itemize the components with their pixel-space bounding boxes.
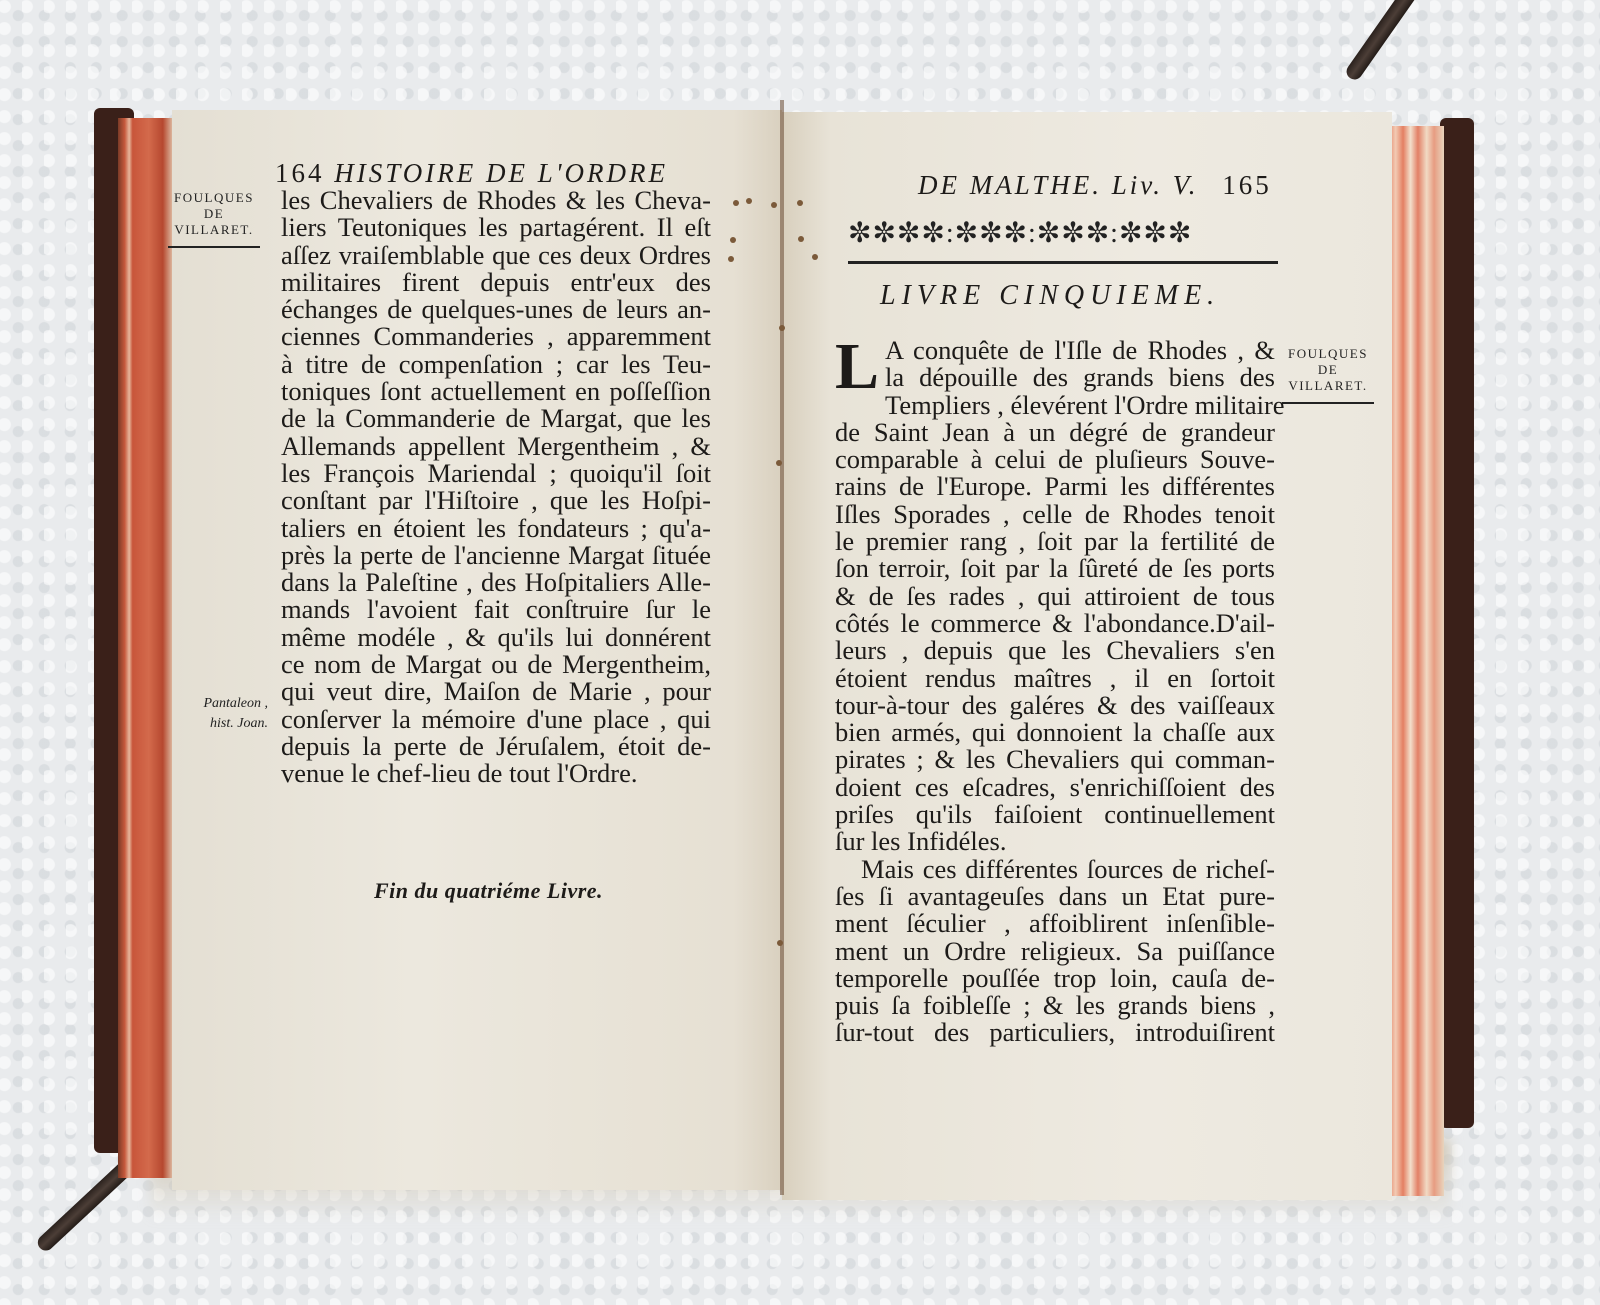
margin-rule [1282, 402, 1374, 404]
text-line: Templiers , élevérent l'Ordre militaire [835, 392, 1275, 419]
ornament-glyphs: ✼✼✼✼:✼✼✼:✼✼✼:✼✼✼ [848, 218, 1192, 249]
text-line: le premier rang , ſoit par la fertilité … [835, 528, 1275, 555]
left-page-number: 164 [275, 158, 325, 188]
right-margin-note: FOULQUES DE VILLARET. [1282, 346, 1374, 404]
page-holder-rod-top-right [1343, 0, 1477, 83]
text-line: dans la Paleſtine , des Hoſpitaliers All… [281, 569, 711, 596]
margin-note-line: DE [168, 206, 260, 222]
text-line: & de ſes rades , qui attiroient de tous [835, 583, 1275, 610]
text-line: Mais ces différentes ſources de richeſ- [835, 856, 1275, 883]
margin-note-line: DE [1282, 362, 1374, 378]
red-page-edges-left [118, 118, 174, 1178]
text-line: liers Teutoniques les partagérent. Il eſ… [281, 214, 711, 241]
citation-line: Pantaleon , [178, 694, 268, 714]
text-line: la dépouille des grands biens des [835, 364, 1275, 391]
text-line: doient ces eſcadres, s'enrichiſſoient de… [835, 774, 1275, 801]
margin-rule [168, 246, 260, 248]
margin-note-line: VILLARET. [1282, 378, 1374, 394]
margin-note-line: VILLARET. [168, 222, 260, 238]
left-page-body: les Chevaliers de Rhodes & les Cheva- li… [281, 187, 711, 788]
ornament-rule [848, 261, 1278, 264]
text-line: puis ſa foibleſſe ; & les grands biens , [835, 992, 1275, 1019]
text-line: de Saint Jean à un dégré de grandeur [835, 419, 1275, 446]
margin-note-line: FOULQUES [168, 190, 260, 206]
text-line: depuis la perte de Jéruſalem, étoit de- [281, 733, 711, 760]
text-line: ſon terroir, ſoit par la ſûreté de ſes p… [835, 555, 1275, 582]
text-line: ciennes Commanderies , apparemment [281, 323, 711, 350]
left-running-title: HISTOIRE DE L'ORDRE [334, 158, 668, 188]
decorative-headpiece: ✼✼✼✼:✼✼✼:✼✼✼:✼✼✼ [848, 216, 1278, 270]
text-line: les François Mariendal ; quoiqu'il ſoit [281, 460, 711, 487]
right-page-number: 165 [1222, 170, 1272, 200]
text-line: priſes qu'ils faiſoient continuellement [835, 801, 1275, 828]
text-line: ce nom de Margat ou de Mergentheim, [281, 651, 711, 678]
right-running-title: DE MALTHE. Liv. V. [918, 170, 1198, 200]
drop-cap: L [835, 339, 879, 395]
margin-note-line: FOULQUES [1282, 346, 1374, 362]
book-cover-right [1440, 118, 1474, 1128]
text-line: pirates ; & les Chevaliers qui comman- [835, 746, 1275, 773]
text-line: à titre de compenſation ; car les Teu- [281, 351, 711, 378]
chapter-title: LIVRE CINQUIEME. [880, 280, 1220, 312]
text-line: militaires firent depuis entr'eux des [281, 269, 711, 296]
right-running-head: DE MALTHE. Liv. V. 165 [918, 170, 1272, 201]
text-line: ment ſéculier , affoiblirent inſenſible- [835, 910, 1275, 937]
text-line: temporelle pouſſée trop loin, cauſa de- [835, 965, 1275, 992]
text-line: tour-à-tour des galéres & des vaiſſeaux [835, 692, 1275, 719]
text-line: qui veut dire, Maiſon de Marie , pour [281, 678, 711, 705]
book-gutter [780, 100, 784, 1195]
text-line: venue le chef-lieu de tout l'Ordre. [281, 760, 711, 787]
text-line: les Chevaliers de Rhodes & les Cheva- [281, 187, 711, 214]
text-line: de la Commanderie de Margat, que les [281, 405, 711, 432]
text-line: leurs , depuis que les Chevaliers s'en [835, 637, 1275, 664]
text-line: toniques ſont actuellement en poſſeſſion [281, 378, 711, 405]
text-line: comparable à celui de pluſieurs Souve- [835, 446, 1275, 473]
end-of-book-note: Fin du quatriéme Livre. [374, 878, 603, 904]
text-line: conſerver la mémoire d'une place , qui [281, 706, 711, 733]
text-line: taliers en étoient les fondateurs ; qu'a… [281, 515, 711, 542]
text-line: Allemands appellent Mergentheim , & [281, 433, 711, 460]
left-margin-note: FOULQUES DE VILLARET. [168, 190, 260, 248]
text-line: ment un Ordre religieux. Sa puiſſance [835, 938, 1275, 965]
text-line: aſſez vraiſemblable que ces deux Ordres [281, 242, 711, 269]
text-line: ſur les Infidéles. [835, 828, 1275, 855]
left-margin-citation: Pantaleon , hist. Joan. [178, 694, 268, 734]
text-line: mands l'avoient fait conſtruire ſur le [281, 596, 711, 623]
citation-line: hist. Joan. [178, 714, 268, 734]
text-line: échanges de quelques-unes de leurs an- [281, 296, 711, 323]
text-line: conſtant par l'Hiſtoire , que les Hoſpi- [281, 487, 711, 514]
text-line: bien armés, qui donnoient la chaſſe aux [835, 719, 1275, 746]
text-line: ſes ſi avantageuſes dans un Etat pure- [835, 883, 1275, 910]
text-line: ſur-tout des particuliers, introduiſiren… [835, 1019, 1275, 1046]
text-line: rains de l'Europe. Parmi les différentes [835, 473, 1275, 500]
text-line: A conquête de l'Iſle de Rhodes , & [835, 337, 1275, 364]
text-line: côtés le commerce & l'abondance.D'ail- [835, 610, 1275, 637]
text-line: même modéle , & qu'ils lui donnérent [281, 624, 711, 651]
text-line: près la perte de l'ancienne Margat ſitué… [281, 542, 711, 569]
text-line: Iſles Sporades , celle de Rhodes tenoit [835, 501, 1275, 528]
text-line: étoient rendus maîtres , il en ſortoit [835, 665, 1275, 692]
right-page-body: L A conquête de l'Iſle de Rhodes , & la … [835, 337, 1275, 1047]
